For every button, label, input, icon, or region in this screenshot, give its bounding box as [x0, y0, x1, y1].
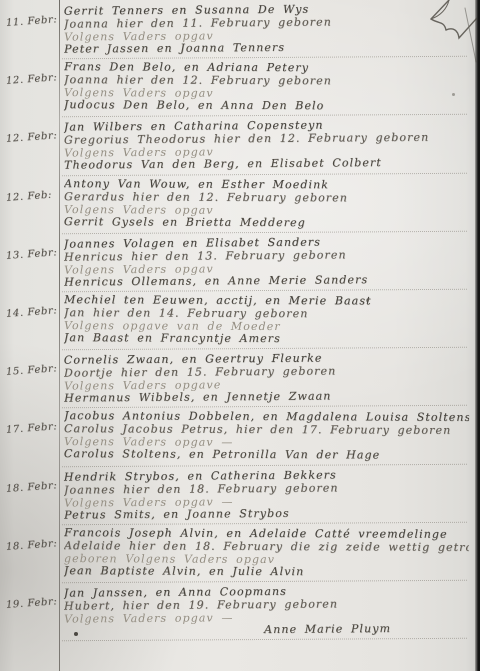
scan-edge-strip	[475, 0, 480, 671]
entry-line: Gerrit Gysels en Brietta Meddereg	[64, 216, 469, 231]
entry-lines: Hendrik Strybos, en Catherina BekkersJoa…	[64, 468, 469, 522]
register-entry: 12. Febr: Jan Wilbers en Catharina Copen…	[0, 118, 475, 176]
entry-lines: Joannes Volagen en Elisabet SandersHenri…	[64, 235, 469, 289]
register-entry: 12. Feb: Antony Van Wouw, en Esther Moed…	[0, 177, 475, 235]
entry-date-label: 11. Febr:	[6, 14, 59, 29]
entry-date-label: 18. Febr:	[6, 480, 59, 495]
register-entry: 12. Febr: Frans Den Belo, en Adriana Pet…	[0, 60, 475, 118]
entry-line: Jan Baast en Francyntje Amers	[64, 332, 469, 347]
margin-rule-line	[59, 0, 60, 671]
entry-line: Judocus Den Belo, en Anna Den Belo	[64, 100, 469, 115]
register-entry: 18. Febr: Francois Joseph Alvin, en Adel…	[0, 526, 475, 584]
entry-date-label: 14. Febr:	[6, 305, 59, 320]
entry-date-label: 17. Febr:	[6, 422, 59, 437]
register-entry: 15. Febr: Cornelis Zwaan, en Geertruy Fl…	[0, 351, 475, 409]
entry-line: Theodorus Van den Berg, en Elisabet Colb…	[64, 157, 469, 173]
ink-speck	[366, 299, 369, 302]
register-entry: 14. Febr: Mechiel ten Eeuwen, acctij, en…	[0, 293, 475, 351]
entry-line: Petrus Smits, en Joanne Strybos	[64, 506, 469, 522]
entry-line: Jean Baptiste Alvin, en Julie Alvin	[64, 565, 469, 580]
ink-speck	[74, 632, 78, 636]
entry-lines: Jan Wilbers en Catharina CopensteynGrego…	[64, 119, 469, 173]
entry-lines: Jan Janssen, en Anna CoopmansHubert, hie…	[64, 584, 469, 638]
page-corner-fold-icon	[405, 0, 477, 100]
entry-lines: Francois Joseph Alvin, en Adelaide Catté…	[64, 527, 469, 580]
register-entry: 13. Febr: Joannes Volagen en Elisabet Sa…	[0, 235, 475, 293]
register-entries: 11. Febr: Gerrit Tenners en Susanna De W…	[0, 2, 475, 642]
entry-line: Henricus Ollemans, en Anne Merie Sanders	[64, 274, 469, 290]
entry-lines: Mechiel ten Eeuwen, acctij, en Merie Baa…	[64, 294, 469, 347]
ink-speck	[452, 93, 455, 96]
entry-date-label: 12. Febr:	[6, 72, 59, 87]
entry-line: Hermanus Wibbels, en Jennetje Zwaan	[64, 390, 469, 406]
entry-line: Carolus Stoltens, en Petronilla Van der …	[64, 449, 469, 464]
entry-date-label: 15. Febr:	[6, 363, 59, 378]
entry-date-label: 12. Febr:	[6, 131, 59, 146]
register-entry: 11. Febr: Gerrit Tenners en Susanna De W…	[0, 2, 475, 60]
register-entry: 18. Febr: Hendrik Strybos, en Catherina …	[0, 468, 475, 526]
entry-lines: Jacobus Antonius Dobbelen, en Magdalena …	[64, 410, 469, 463]
register-entry: 17. Febr: Jacobus Antonius Dobbelen, en …	[0, 409, 475, 467]
register-entry: 19. Febr: Jan Janssen, en Anna CoopmansH…	[0, 584, 475, 642]
entry-lines: Antony Van Wouw, en Esther MoedinkGerard…	[64, 178, 469, 231]
entry-date-label: 12. Feb:	[6, 189, 59, 204]
entry-lines: Cornelis Zwaan, en Geertruy FleurkeDoort…	[64, 352, 469, 406]
entry-date-label: 13. Febr:	[6, 247, 59, 262]
entry-date-label: 18. Febr:	[6, 538, 59, 553]
entry-date-label: 19. Febr:	[6, 596, 59, 611]
register-scan-page: 11. Febr: Gerrit Tenners en Susanna De W…	[0, 0, 480, 671]
